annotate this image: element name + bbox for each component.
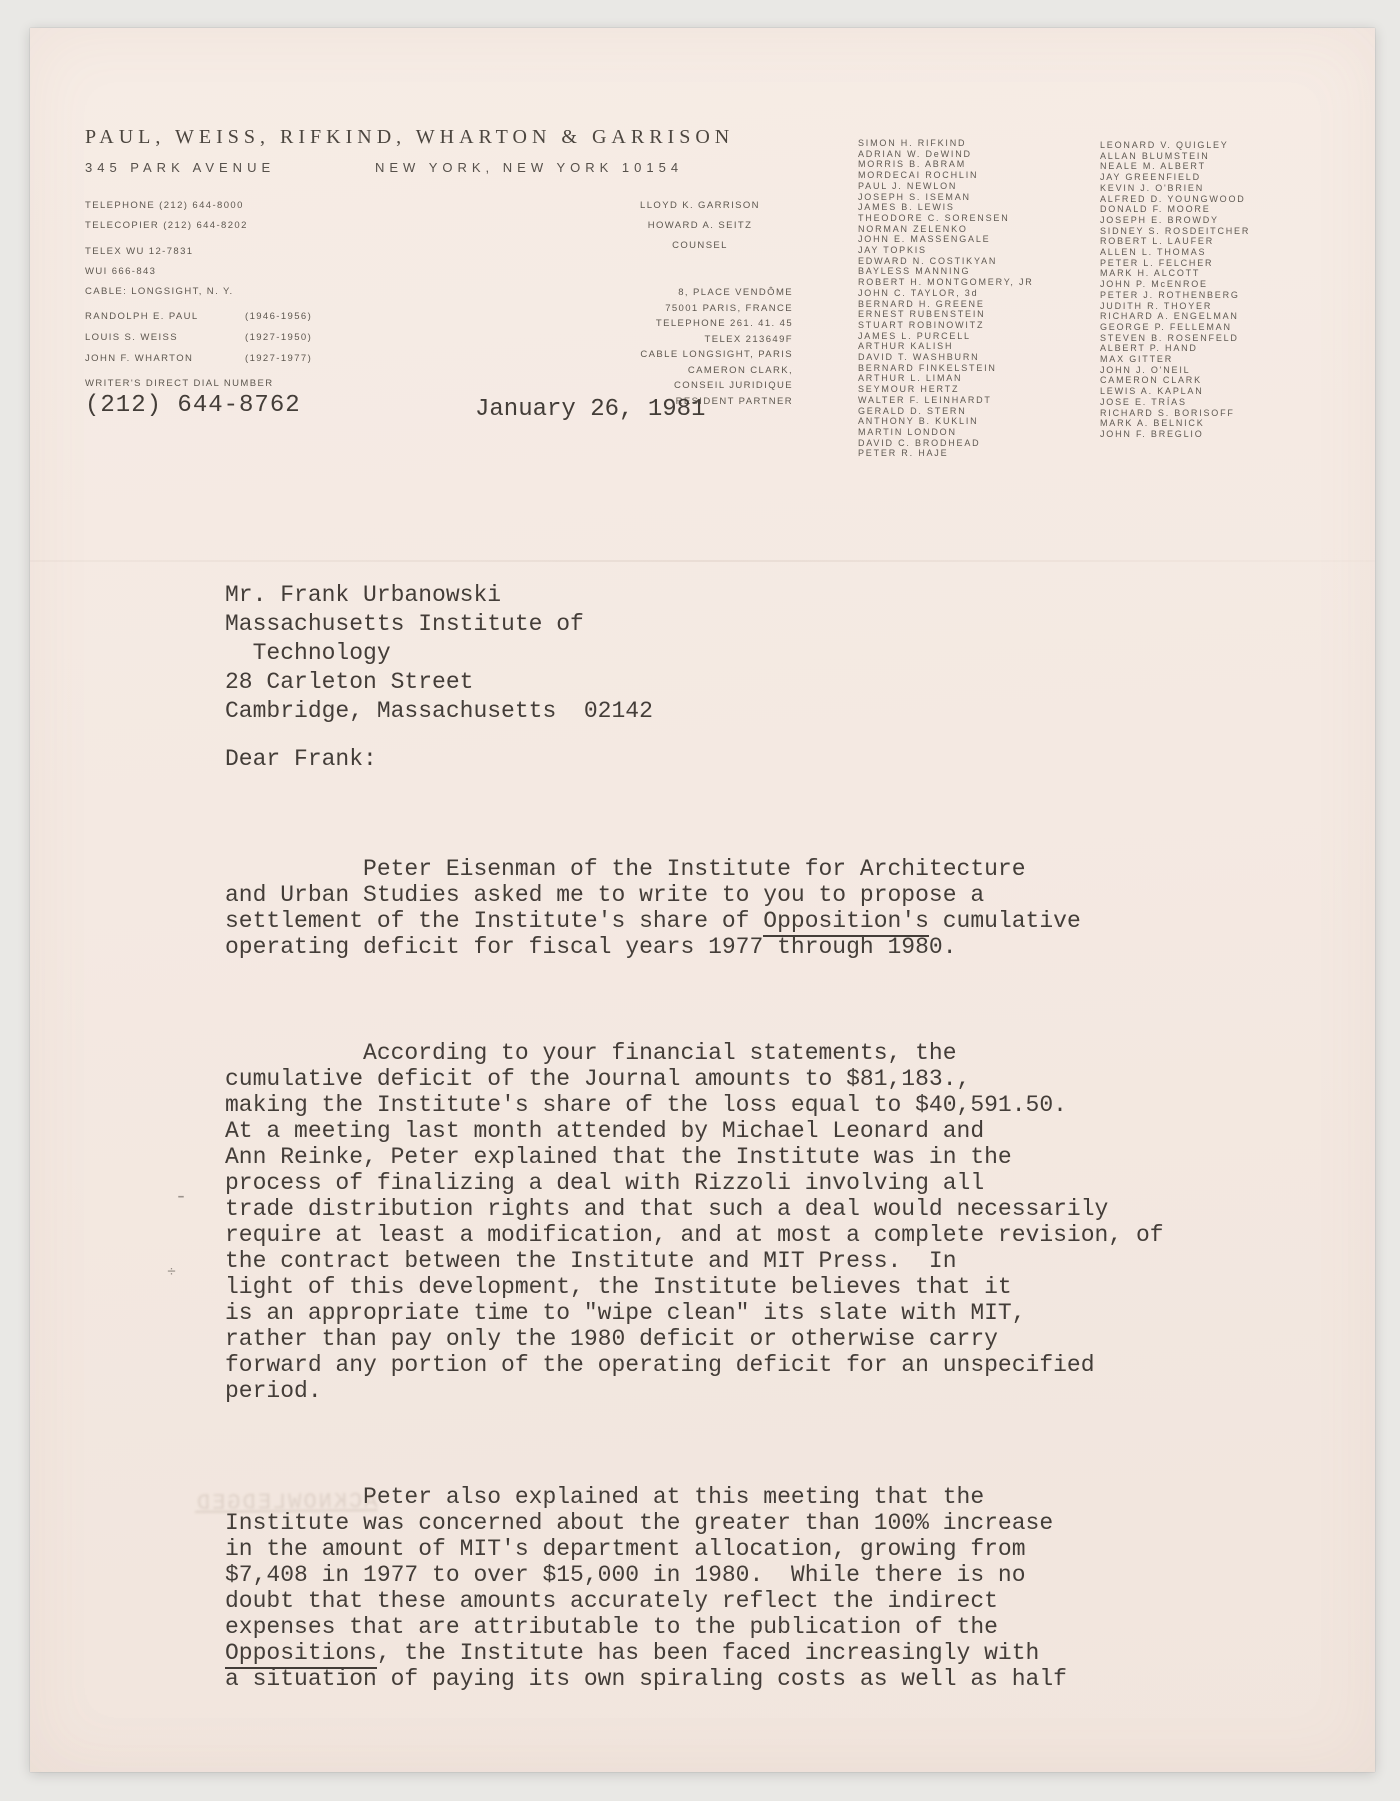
founder-row: RANDOLPH E. PAUL (1946-1956) bbox=[85, 306, 312, 327]
partner-name: ALBERT P. HAND bbox=[1100, 343, 1250, 354]
partner-name: RICHARD A. ENGELMAN bbox=[1100, 311, 1250, 322]
body-line: making the Institute's share of the loss… bbox=[225, 1092, 1164, 1118]
partner-name: JOHN F. BREGLIO bbox=[1100, 429, 1250, 440]
letter-date: January 26, 1981 bbox=[475, 396, 705, 423]
partner-name: DAVID T. WASHBURN bbox=[858, 352, 1034, 363]
founder-years: (1927-1977) bbox=[245, 348, 312, 369]
partner-name: ALLEN L. THOMAS bbox=[1100, 247, 1250, 258]
founder-years: (1946-1956) bbox=[245, 306, 312, 327]
partner-name: DONALD F. MOORE bbox=[1100, 204, 1250, 215]
founder-name: RANDOLPH E. PAUL bbox=[85, 306, 245, 327]
body-line: doubt that these amounts accurately refl… bbox=[225, 1588, 1164, 1614]
body-line: Ann Reinke, Peter explained that the Ins… bbox=[225, 1144, 1164, 1170]
body-line: Oppositions, the Institute has been face… bbox=[225, 1640, 1164, 1666]
partner-name: NEALE M. ALBERT bbox=[1100, 161, 1250, 172]
body-line: expenses that are attributable to the pu… bbox=[225, 1614, 1164, 1640]
partner-name: MAX GITTER bbox=[1100, 354, 1250, 365]
partner-name: JOHN C. TAYLOR, 3d bbox=[858, 288, 1034, 299]
partner-name: WALTER F. LEINHARDT bbox=[858, 395, 1034, 406]
partner-name: LEWIS A. KAPLAN bbox=[1100, 386, 1250, 397]
body-line: operating deficit for fiscal years 1977 … bbox=[225, 934, 1164, 960]
body-line: process of finalizing a deal with Rizzol… bbox=[225, 1170, 1164, 1196]
direct-dial-number: (212) 644-8762 bbox=[85, 392, 301, 419]
partners-column-2: LEONARD V. QUIGLEYALLAN BLUMSTEINNEALE M… bbox=[1100, 140, 1250, 440]
counsel-line: LLOYD K. GARRISON bbox=[620, 196, 780, 216]
partner-name: PAUL J. NEWLON bbox=[858, 181, 1034, 192]
partner-name: ALLAN BLUMSTEIN bbox=[1100, 151, 1250, 162]
letter-paper: PAUL, WEISS, RIFKIND, WHARTON & GARRISON… bbox=[30, 28, 1375, 1772]
paris-office-line: TELEX 213649F bbox=[590, 332, 793, 348]
partner-name: ROBERT L. LAUFER bbox=[1100, 236, 1250, 247]
partner-name: BERNARD FINKELSTEIN bbox=[858, 363, 1034, 374]
body-line: At a meeting last month attended by Mich… bbox=[225, 1118, 1164, 1144]
counsel-block: LLOYD K. GARRISONHOWARD A. SEITZCOUNSEL bbox=[620, 196, 780, 256]
paragraph-2: According to your financial statements, … bbox=[225, 1040, 1164, 1404]
direct-dial-label: WRITER'S DIRECT DIAL NUMBER bbox=[85, 378, 273, 389]
underlined-text: Opposition's bbox=[763, 908, 929, 937]
body-line: in the amount of MIT's department alloca… bbox=[225, 1536, 1164, 1562]
body-line: period. bbox=[225, 1378, 1164, 1404]
partner-name: ARTHUR KALISH bbox=[858, 341, 1034, 352]
partner-name: SIDNEY S. ROSDEITCHER bbox=[1100, 226, 1250, 237]
firm-name: PAUL, WEISS, RIFKIND, WHARTON & GARRISON bbox=[85, 126, 734, 149]
partner-name: STUART ROBINOWITZ bbox=[858, 320, 1034, 331]
partner-name: ROBERT H. MONTGOMERY, JR bbox=[858, 277, 1034, 288]
body-line: According to your financial statements, … bbox=[225, 1040, 1164, 1066]
recipient-line: Mr. Frank Urbanowski bbox=[225, 581, 653, 610]
phone-line: TELEPHONE (212) 644-8000 bbox=[85, 196, 248, 216]
letterhead-city-address: NEW YORK, NEW YORK 10154 bbox=[375, 160, 683, 175]
partner-name: MARK A. BELNICK bbox=[1100, 418, 1250, 429]
partners-column-1: SIMON H. RIFKINDADRIAN W. DeWINDMORRIS B… bbox=[858, 138, 1034, 459]
partner-name: STEVEN B. ROSENFELD bbox=[1100, 333, 1250, 344]
partner-name: DAVID C. BRODHEAD bbox=[858, 438, 1034, 449]
partner-name: ALFRED D. YOUNGWOOD bbox=[1100, 194, 1250, 205]
body-line: rather than pay only the 1980 deficit or… bbox=[225, 1326, 1164, 1352]
recipient-line: Cambridge, Massachusetts 02142 bbox=[225, 697, 653, 726]
letter-body: Peter Eisenman of the Institute for Arch… bbox=[225, 804, 1164, 1772]
partner-name: MARK H. ALCOTT bbox=[1100, 268, 1250, 279]
paris-office-block: 8, PLACE VENDÔME75001 PARIS, FRANCETELEP… bbox=[590, 285, 793, 409]
partner-name: EDWARD N. COSTIKYAN bbox=[858, 256, 1034, 267]
phone-line: TELECOPIER (212) 644-8202 bbox=[85, 216, 248, 236]
founder-name: JOHN F. WHARTON bbox=[85, 348, 245, 369]
partner-name: MORDECAI ROCHLIN bbox=[858, 170, 1034, 181]
underlined-text: Oppositions bbox=[225, 1640, 377, 1669]
letterhead-cable-lines: TELEX WU 12-7831WUI 666-843CABLE: LONGSI… bbox=[85, 242, 234, 302]
counsel-line: COUNSEL bbox=[620, 236, 780, 256]
paris-office-line: CAMERON CLARK, bbox=[590, 363, 793, 379]
pencil-margin-mark: ÷ bbox=[167, 1264, 176, 1281]
cable-line: WUI 666-843 bbox=[85, 262, 234, 282]
paris-office-line: TELEPHONE 261. 41. 45 bbox=[590, 316, 793, 332]
body-line: $7,408 in 1977 to over $15,000 in 1980. … bbox=[225, 1562, 1164, 1588]
bleed-through-text: ACKNOWLEDGED bbox=[195, 1489, 378, 1516]
partner-name: JOSEPH S. ISEMAN bbox=[858, 192, 1034, 203]
body-line: require at least a modification, and at … bbox=[225, 1222, 1164, 1248]
partner-name: ARTHUR L. LIMAN bbox=[858, 373, 1034, 384]
paragraph-1: Peter Eisenman of the Institute for Arch… bbox=[225, 856, 1164, 960]
partner-name: JAY GREENFIELD bbox=[1100, 172, 1250, 183]
partner-name: GEORGE P. FELLEMAN bbox=[1100, 322, 1250, 333]
recipient-line: Massachusetts Institute of bbox=[225, 610, 653, 639]
body-line: is an appropriate time to "wipe clean" i… bbox=[225, 1300, 1164, 1326]
cable-line: CABLE: LONGSIGHT, N. Y. bbox=[85, 282, 234, 302]
partner-name: JAMES L. PURCELL bbox=[858, 331, 1034, 342]
partner-name: JAY TOPKIS bbox=[858, 245, 1034, 256]
partner-name: LEONARD V. QUIGLEY bbox=[1100, 140, 1250, 151]
partner-name: JOSEPH E. BROWDY bbox=[1100, 215, 1250, 226]
body-line: the contract between the Institute and M… bbox=[225, 1248, 1164, 1274]
partner-name: SEYMOUR HERTZ bbox=[858, 384, 1034, 395]
pencil-margin-mark: - bbox=[175, 1186, 187, 1209]
paper-crease bbox=[30, 560, 1375, 562]
partner-name: GERALD D. STERN bbox=[858, 406, 1034, 417]
body-line: settlement of the Institute's share of O… bbox=[225, 908, 1164, 934]
body-line: a situation of paying its own spiraling … bbox=[225, 1666, 1164, 1692]
partner-name: ADRIAN W. DeWIND bbox=[858, 149, 1034, 160]
partner-name: RICHARD S. BORISOFF bbox=[1100, 408, 1250, 419]
partner-name: JOSE E. TRÍAS bbox=[1100, 397, 1250, 408]
partner-name: JOHN P. McENROE bbox=[1100, 279, 1250, 290]
document-scan: PAUL, WEISS, RIFKIND, WHARTON & GARRISON… bbox=[0, 0, 1400, 1801]
letterhead-street-address: 345 PARK AVENUE bbox=[85, 160, 275, 175]
partner-name: MARTIN LONDON bbox=[858, 427, 1034, 438]
recipient-line: 28 Carleton Street bbox=[225, 668, 653, 697]
partner-name: ANTHONY B. KUKLIN bbox=[858, 416, 1034, 427]
paris-office-line: CONSEIL JURIDIQUE bbox=[590, 378, 793, 394]
body-line: cumulative deficit of the Journal amount… bbox=[225, 1066, 1164, 1092]
body-line: Peter Eisenman of the Institute for Arch… bbox=[225, 856, 1164, 882]
partner-name: MORRIS B. ABRAM bbox=[858, 159, 1034, 170]
recipient-address: Mr. Frank UrbanowskiMassachusetts Instit… bbox=[225, 581, 653, 726]
partner-name: PETER J. ROTHENBERG bbox=[1100, 290, 1250, 301]
partner-name: CAMERON CLARK bbox=[1100, 375, 1250, 386]
partner-name: JOHN J. O'NEIL bbox=[1100, 365, 1250, 376]
body-line: and Urban Studies asked me to write to y… bbox=[225, 882, 1164, 908]
partner-name: BERNARD H. GREENE bbox=[858, 299, 1034, 310]
body-line: trade distribution rights and that such … bbox=[225, 1196, 1164, 1222]
partner-name: SIMON H. RIFKIND bbox=[858, 138, 1034, 149]
partner-name: KEVIN J. O'BRIEN bbox=[1100, 183, 1250, 194]
founder-years: (1927-1950) bbox=[245, 327, 312, 348]
body-line: forward any portion of the operating def… bbox=[225, 1352, 1164, 1378]
partner-name: BAYLESS MANNING bbox=[858, 266, 1034, 277]
cable-line: TELEX WU 12-7831 bbox=[85, 242, 234, 262]
letterhead-phone-lines: TELEPHONE (212) 644-8000TELECOPIER (212)… bbox=[85, 196, 248, 236]
counsel-line: HOWARD A. SEITZ bbox=[620, 216, 780, 236]
body-line: light of this development, the Institute… bbox=[225, 1274, 1164, 1300]
paris-office-line: 75001 PARIS, FRANCE bbox=[590, 301, 793, 317]
partner-name: ERNEST RUBENSTEIN bbox=[858, 309, 1034, 320]
paris-office-line: CABLE LONGSIGHT, PARIS bbox=[590, 347, 793, 363]
paragraph-3: Peter also explained at this meeting tha… bbox=[225, 1484, 1164, 1692]
partner-name: PETER L. FELCHER bbox=[1100, 258, 1250, 269]
salutation: Dear Frank: bbox=[225, 746, 377, 772]
founder-row: LOUIS S. WEISS (1927-1950) bbox=[85, 327, 312, 348]
paris-office-line: 8, PLACE VENDÔME bbox=[590, 285, 793, 301]
founder-row: JOHN F. WHARTON (1927-1977) bbox=[85, 348, 312, 369]
partner-name: THEODORE C. SORENSEN bbox=[858, 213, 1034, 224]
partner-name: NORMAN ZELENKO bbox=[858, 224, 1034, 235]
founder-name: LOUIS S. WEISS bbox=[85, 327, 245, 348]
founders-list: RANDOLPH E. PAUL (1946-1956) LOUIS S. WE… bbox=[85, 306, 312, 369]
partner-name: PETER R. HAJE bbox=[858, 448, 1034, 459]
partner-name: JOHN E. MASSENGALE bbox=[858, 234, 1034, 245]
recipient-line: Technology bbox=[225, 639, 653, 668]
partner-name: JUDITH R. THOYER bbox=[1100, 301, 1250, 312]
partner-name: JAMES B. LEWIS bbox=[858, 202, 1034, 213]
